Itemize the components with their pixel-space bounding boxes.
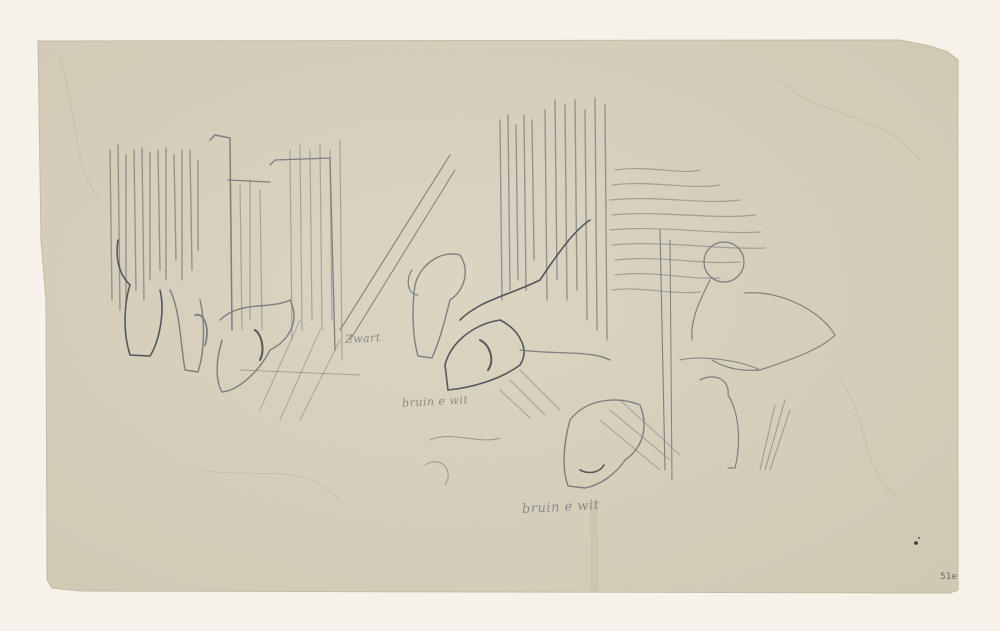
sketch-artwork bbox=[0, 0, 1000, 631]
inventory-mark: 51e bbox=[940, 572, 957, 582]
annotation-zwart: Zwart bbox=[345, 331, 381, 346]
